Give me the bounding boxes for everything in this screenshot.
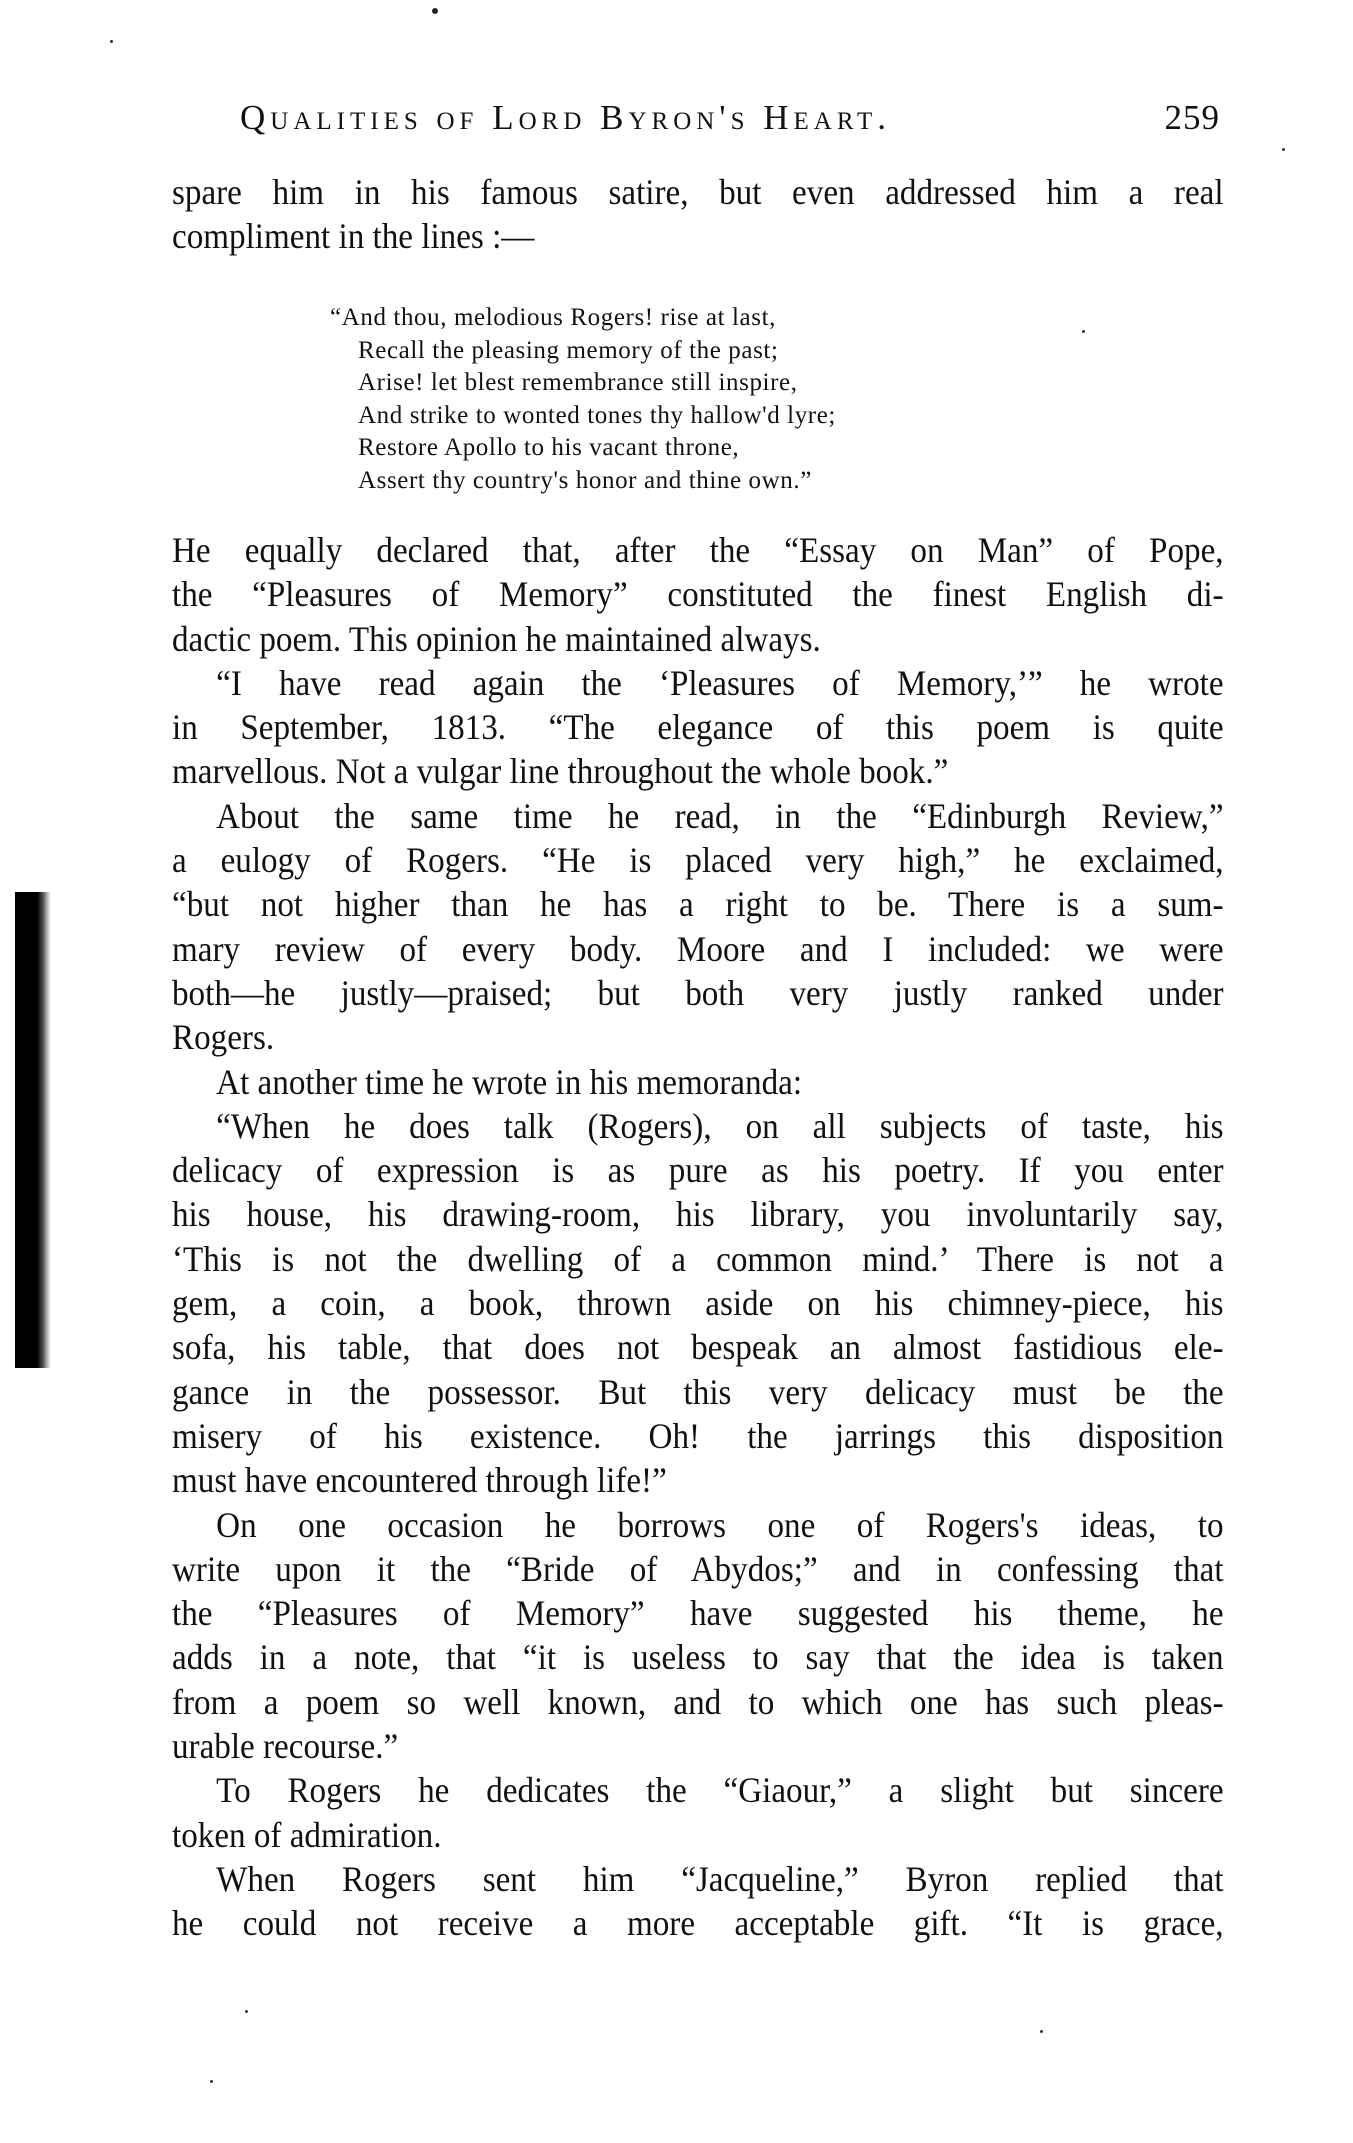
text-line: On one occasion he borrows one of Rogers…: [172, 1503, 1224, 1547]
text-line: his house, his drawing-room, his library…: [172, 1192, 1224, 1236]
paragraph: He equally declared that, after the “Ess…: [172, 528, 1224, 661]
text-line: spare him in his famous satire, but even…: [172, 170, 1224, 214]
paragraph: “When he does talk (Rogers), on all subj…: [172, 1104, 1224, 1503]
verse-line: “And thou, melodious Rogers! rise at las…: [330, 302, 1130, 335]
text-line: “I have read again the ‘Pleasures of Mem…: [172, 661, 1224, 705]
text-line: write upon it the “Bride of Abydos;” and…: [172, 1547, 1224, 1591]
text-line: misery of his existence. Oh! the jarring…: [172, 1414, 1224, 1458]
text-line: When Rogers sent him “Jacqueline,” Byron…: [172, 1857, 1224, 1901]
verse-line: Assert thy country's honor and thine own…: [330, 465, 1130, 498]
text-line: “but not higher than he has a right to b…: [172, 882, 1224, 926]
verse-line: And strike to wonted tones thy hallow'd …: [330, 400, 1130, 433]
text-line: gance in the possessor. But this very de…: [172, 1370, 1224, 1414]
running-title: Qualities of Lord Byron's Heart.: [240, 98, 891, 138]
text-line: He equally declared that, after the “Ess…: [172, 528, 1224, 572]
text-line: compliment in the lines :—: [172, 214, 1224, 258]
text-line: token of admiration.: [172, 1813, 1224, 1857]
text-line: gem, a coin, a book, thrown aside on his…: [172, 1281, 1224, 1325]
scan-speck: [210, 2080, 213, 2083]
paragraph: At another time he wrote in his memorand…: [172, 1060, 1224, 1104]
verse-line: Restore Apollo to his vacant throne,: [330, 432, 1130, 465]
paragraph: To Rogers he dedicates the “Giaour,” a s…: [172, 1768, 1224, 1857]
text-line: “When he does talk (Rogers), on all subj…: [172, 1104, 1224, 1148]
scan-speck: [110, 40, 113, 43]
text-line: urable recourse.”: [172, 1724, 1224, 1768]
text-line: both—he justly—praised; but both very ju…: [172, 971, 1224, 1015]
text-line: dactic poem. This opinion he maintained …: [172, 617, 1224, 661]
text-line: adds in a note, that “it is useless to s…: [172, 1635, 1224, 1679]
text-line: sofa, his table, that does not bespeak a…: [172, 1325, 1224, 1369]
text-line: he could not receive a more acceptable g…: [172, 1901, 1224, 1945]
scan-speck: [245, 2010, 248, 2013]
scan-binding-shadow: [15, 892, 51, 1368]
text-line: in September, 1813. “The elegance of thi…: [172, 705, 1224, 749]
scan-speck: [1040, 2030, 1043, 2033]
text-line: At another time he wrote in his memorand…: [172, 1060, 1224, 1104]
verse-line: Recall the pleasing memory of the past;: [330, 335, 1130, 368]
text-line: must have encountered through life!”: [172, 1458, 1224, 1502]
text-line: To Rogers he dedicates the “Giaour,” a s…: [172, 1768, 1224, 1812]
page-number: 259: [1165, 98, 1221, 138]
paragraph: About the same time he read, in the “Edi…: [172, 794, 1224, 1060]
main-text: He equally declared that, after the “Ess…: [172, 528, 1224, 1946]
paragraph: When Rogers sent him “Jacqueline,” Byron…: [172, 1857, 1224, 1946]
running-header: Qualities of Lord Byron's Heart. 259: [240, 98, 1220, 148]
text-line: marvellous. Not a vulgar line throughout…: [172, 749, 1224, 793]
book-page: Qualities of Lord Byron's Heart. 259 spa…: [0, 0, 1353, 2143]
text-line: ‘This is not the dwelling of a common mi…: [172, 1237, 1224, 1281]
opening-paragraph: spare him in his famous satire, but even…: [172, 170, 1224, 259]
scan-speck: [1082, 330, 1085, 333]
text-line: the “Pleasures of Memory” constituted th…: [172, 572, 1224, 616]
text-line: the “Pleasures of Memory” have suggested…: [172, 1591, 1224, 1635]
text-line: About the same time he read, in the “Edi…: [172, 794, 1224, 838]
verse-line: Arise! let blest remembrance still inspi…: [330, 367, 1130, 400]
scan-speck: [432, 8, 438, 14]
text-line: a eulogy of Rogers. “He is placed very h…: [172, 838, 1224, 882]
verse-quotation: “And thou, melodious Rogers! rise at las…: [330, 302, 1130, 497]
paragraph: On one occasion he borrows one of Rogers…: [172, 1503, 1224, 1769]
paragraph: “I have read again the ‘Pleasures of Mem…: [172, 661, 1224, 794]
text-line: Rogers.: [172, 1015, 1224, 1059]
scan-speck: [1282, 148, 1285, 151]
text-line: delicacy of expression is as pure as his…: [172, 1148, 1224, 1192]
text-line: mary review of every body. Moore and I i…: [172, 927, 1224, 971]
text-line: from a poem so well known, and to which …: [172, 1680, 1224, 1724]
